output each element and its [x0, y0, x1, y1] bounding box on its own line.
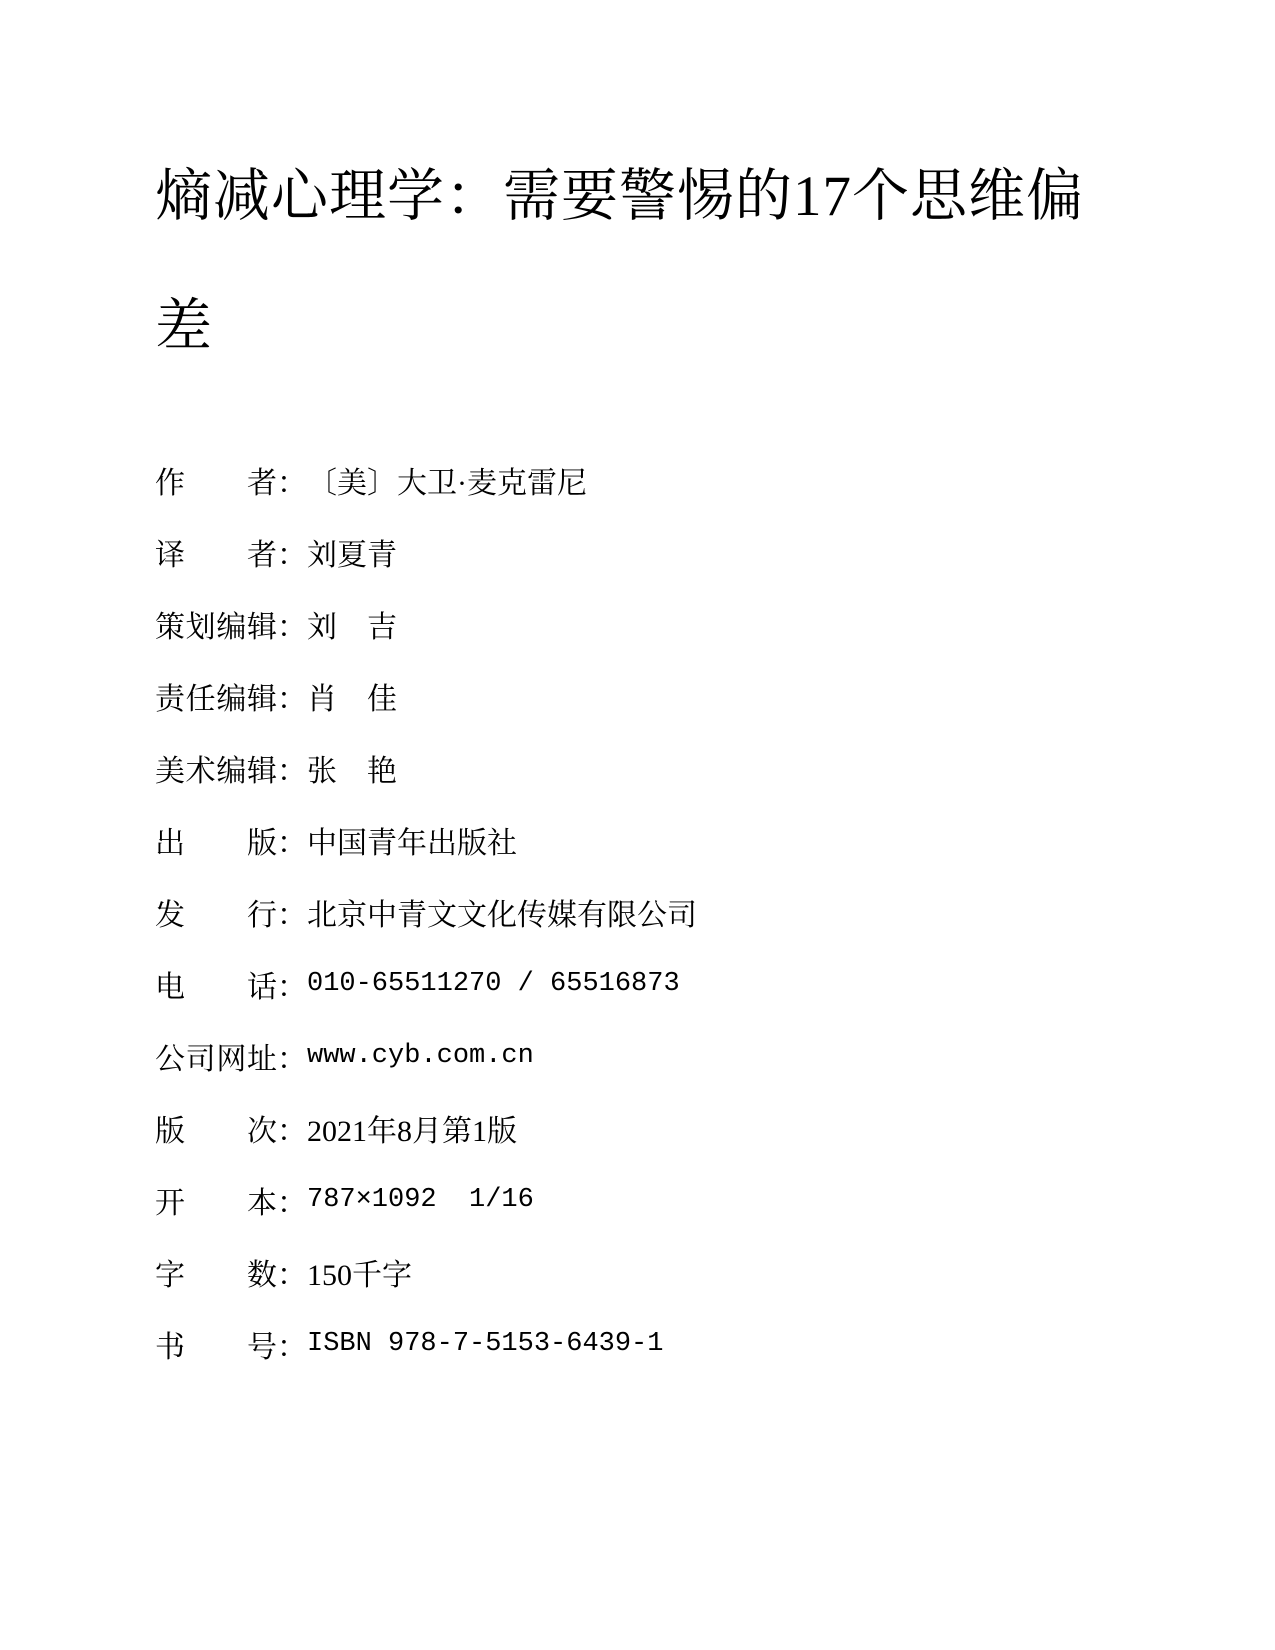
info-row-edition: 版次：2021年8月第1版	[155, 1092, 697, 1164]
colophon-page: 熵减心理学：需要警惕的17个思维偏差 作者：〔美〕大卫·麦克雷尼 译者：刘夏青 …	[0, 0, 1275, 1650]
distributor-value: 北京中青文文化传媒有限公司	[307, 890, 697, 934]
info-row-publisher: 出版：中国青年出版社	[155, 804, 697, 876]
info-row-isbn: 书号：ISBN 978-7-5153-6439-1	[155, 1308, 697, 1380]
info-row-phone: 电话：010-65511270 / 65516873	[155, 948, 697, 1020]
translator-label: 译者	[155, 530, 277, 574]
info-row-responsible-editor: 责任编辑：肖 佳	[155, 660, 697, 732]
translator-value: 刘夏青	[307, 530, 397, 574]
colon: ：	[277, 602, 307, 646]
format-value: 787×1092 1/16	[307, 1185, 534, 1215]
colon: ：	[277, 818, 307, 862]
edition-label: 版次	[155, 1106, 277, 1150]
responsible-editor-label: 责任编辑	[155, 674, 277, 718]
colon: ：	[277, 890, 307, 934]
info-row-planning-editor: 策划编辑：刘 吉	[155, 588, 697, 660]
website-value: www.cyb.com.cn	[307, 1041, 534, 1071]
word-count-label: 字数	[155, 1250, 277, 1294]
colon: ：	[277, 1034, 307, 1078]
word-count-value: 150千字	[307, 1250, 412, 1294]
format-label: 开本	[155, 1178, 277, 1222]
info-row-website: 公司网址：www.cyb.com.cn	[155, 1020, 697, 1092]
colon: ：	[277, 530, 307, 574]
publication-info-list: 作者：〔美〕大卫·麦克雷尼 译者：刘夏青 策划编辑：刘 吉 责任编辑：肖 佳 美…	[155, 444, 697, 1380]
website-label: 公司网址	[155, 1034, 277, 1078]
info-row-format: 开本：787×1092 1/16	[155, 1164, 697, 1236]
colon: ：	[277, 1106, 307, 1150]
colon: ：	[277, 674, 307, 718]
author-value: 〔美〕大卫·麦克雷尼	[307, 458, 587, 502]
art-editor-value: 张 艳	[307, 746, 397, 790]
phone-label: 电话	[155, 962, 277, 1006]
colon: ：	[277, 962, 307, 1006]
planning-editor-label: 策划编辑	[155, 602, 277, 646]
colon: ：	[277, 1322, 307, 1366]
info-row-author: 作者：〔美〕大卫·麦克雷尼	[155, 444, 697, 516]
info-row-distributor: 发行：北京中青文文化传媒有限公司	[155, 876, 697, 948]
colon: ：	[277, 1250, 307, 1294]
art-editor-label: 美术编辑	[155, 746, 277, 790]
colon: ：	[277, 1178, 307, 1222]
info-row-translator: 译者：刘夏青	[155, 516, 697, 588]
author-label: 作者	[155, 458, 277, 502]
isbn-label: 书号	[155, 1322, 277, 1366]
planning-editor-value: 刘 吉	[307, 602, 397, 646]
colon: ：	[277, 458, 307, 502]
edition-value: 2021年8月第1版	[307, 1106, 517, 1150]
colon: ：	[277, 746, 307, 790]
phone-value: 010-65511270 / 65516873	[307, 969, 680, 999]
isbn-value: ISBN 978-7-5153-6439-1	[307, 1329, 663, 1359]
publisher-value: 中国青年出版社	[307, 818, 517, 862]
publisher-label: 出版	[155, 818, 277, 862]
distributor-label: 发行	[155, 890, 277, 934]
info-row-word-count: 字数：150千字	[155, 1236, 697, 1308]
responsible-editor-value: 肖 佳	[307, 674, 397, 718]
info-row-art-editor: 美术编辑：张 艳	[155, 732, 697, 804]
book-title: 熵减心理学：需要警惕的17个思维偏差	[155, 132, 1095, 392]
